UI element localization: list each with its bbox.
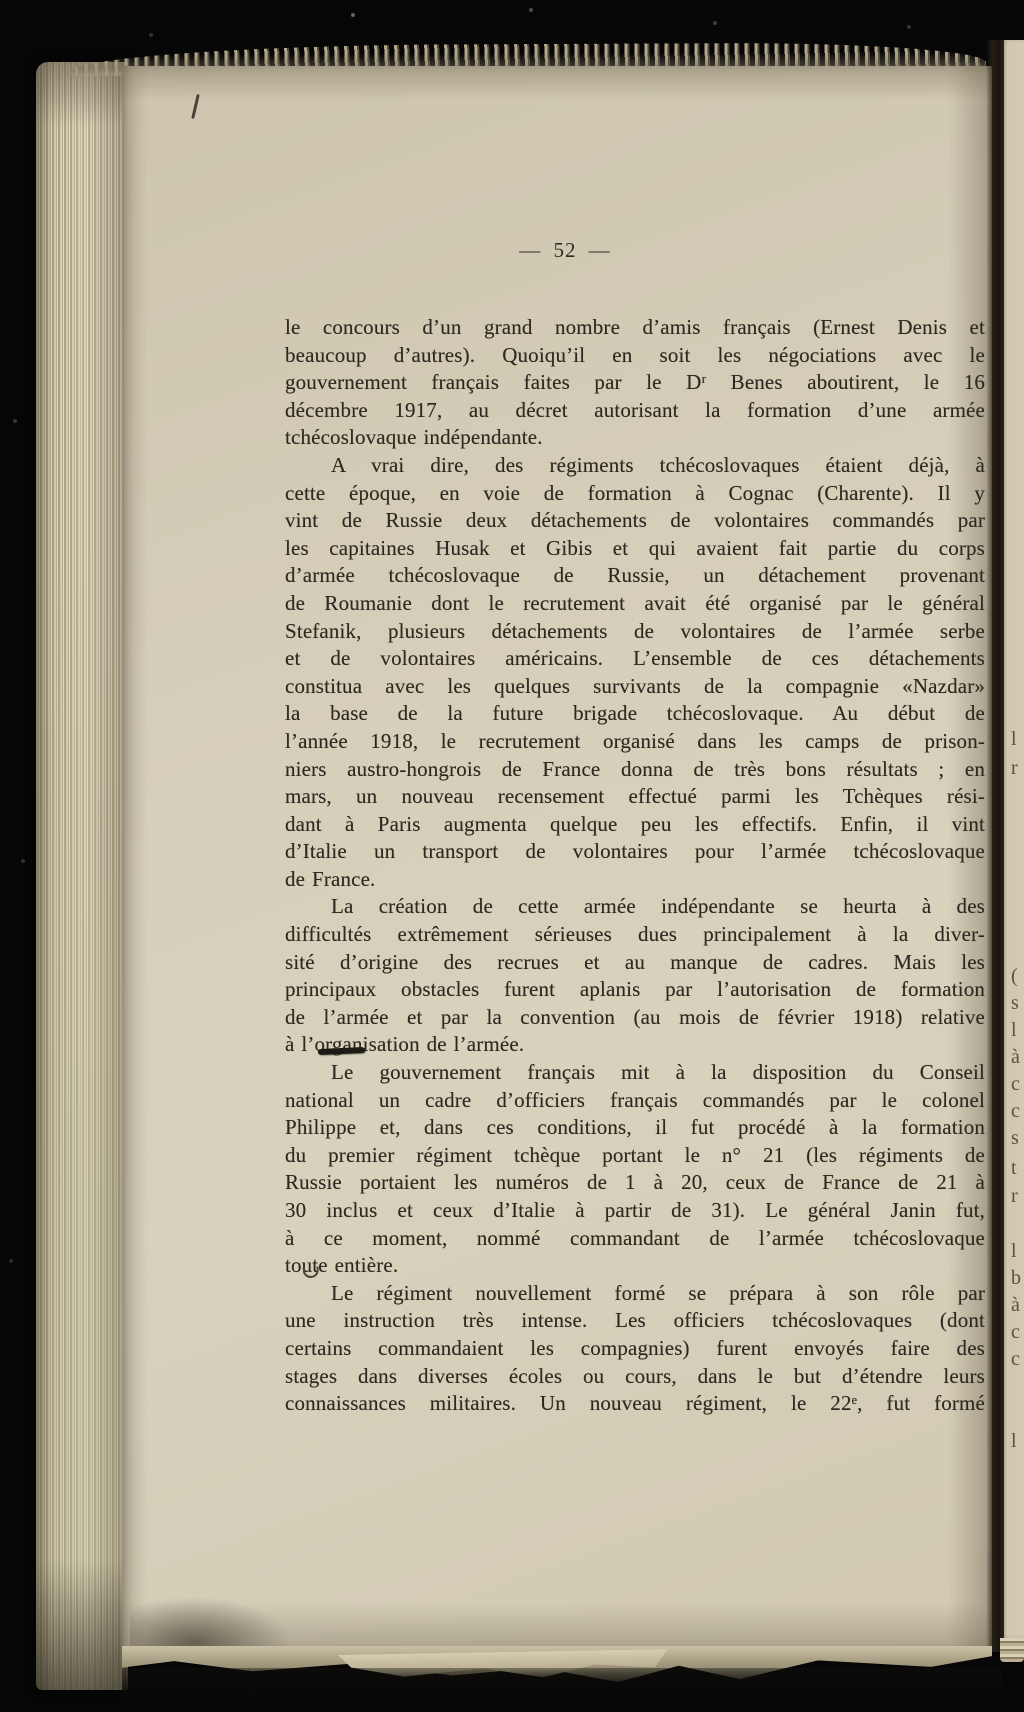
text-line: certains commandaient les compagnies) fu… [285, 1335, 985, 1363]
scanned-book-photo: — 52 — le concours d’un grand nombre d’a… [0, 0, 1024, 1712]
text-line: le concours d’un grand nombre d’amis fra… [285, 314, 985, 342]
text-line: la base de la future brigade tchécoslova… [285, 700, 985, 728]
text-line: vint de Russie deux détachements de volo… [285, 507, 985, 535]
text-line: Philippe et, dans ces conditions, il fut… [285, 1114, 985, 1142]
adjacent-page-text-fragment: l [1011, 1430, 1017, 1453]
text-line: constitua avec les quelques survivants d… [285, 673, 985, 701]
adjacent-page-text-fragment: ( [1011, 965, 1018, 988]
adjacent-page-text-fragment: c [1011, 1321, 1020, 1344]
text-line: principaux obstacles furent aplanis par … [285, 976, 985, 1004]
text-line: les capitaines Husak et Gibis et qui ava… [285, 535, 985, 563]
text-line: décembre 1917, au décret autorisant la f… [285, 397, 985, 425]
adjacent-page-text-fragment: c [1011, 1348, 1020, 1371]
text-line: 30 inclus et ceux d’Italie à partir de 3… [285, 1197, 985, 1225]
adjacent-page-text-fragment: l [1011, 1019, 1017, 1042]
text-line: et de volontaires américains. L’ensemble… [285, 645, 985, 673]
text-line: d’Italie un transport de volontaires pou… [285, 838, 985, 866]
text-line: difficultés extrêmement sérieuses dues p… [285, 921, 985, 949]
text-line: de Roumanie dont le recrutement avait ét… [285, 590, 985, 618]
text-line: du premier régiment tchèque portant le n… [285, 1142, 985, 1170]
adjacent-page-text-fragment: l [1011, 728, 1017, 751]
text-line: La création de cette armée indépendante … [285, 893, 985, 921]
text-line: dant à Paris augmenta quelque peu les ef… [285, 811, 985, 839]
text-line: connaissances militaires. Un nouveau rég… [285, 1390, 985, 1418]
text-line: Stefanik, plusieurs détachements de volo… [285, 618, 985, 646]
adjacent-page-text-fragment: s [1011, 1127, 1019, 1150]
page-gutter-shadow [986, 40, 1004, 1652]
text-line: mars, un nouveau recensement effectué pa… [285, 783, 985, 811]
text-line: sité d’origine des recrues et au manque … [285, 949, 985, 977]
text-line: à l’organisation de l’armée. [285, 1031, 985, 1059]
page-number: — 52 — [465, 238, 665, 263]
text-line: Le régiment nouvellement formé se prépar… [285, 1280, 985, 1308]
text-line: à ce moment, nommé commandant de l’armée… [285, 1225, 985, 1253]
adjacent-page-text-fragment: à [1011, 1046, 1020, 1069]
book-page: — 52 — le concours d’un grand nombre d’a… [122, 66, 992, 1650]
dust-speckles [0, 0, 2, 2]
adjacent-page-text-fragment: s [1011, 992, 1019, 1015]
page-stack-edge [36, 62, 128, 1690]
text-block: le concours d’un grand nombre d’amis fra… [285, 314, 985, 1418]
text-line: Russie portaient les numéros de 1 à 20, … [285, 1169, 985, 1197]
text-line: A vrai dire, des régiments tchécoslovaqu… [285, 452, 985, 480]
text-line: tchécoslovaque indépendante. [285, 424, 985, 452]
adjacent-page-text-fragment: b [1011, 1267, 1021, 1290]
adjacent-page-text-fragment: à [1011, 1294, 1020, 1317]
text-line: une instruction très intense. Les offici… [285, 1307, 985, 1335]
text-line: l’année 1918, le recrutement organisé da… [285, 728, 985, 756]
adjacent-page-text-fragment: t [1011, 1157, 1017, 1180]
text-line: stages dans diverses écoles ou cours, da… [285, 1363, 985, 1391]
adjacent-page-text-fragment: c [1011, 1073, 1020, 1096]
adjacent-page-text-fragment: c [1011, 1100, 1020, 1123]
adjacent-page-sliver: lr(slàccstrlbàccl [1004, 40, 1024, 1638]
bottom-scanner-shadow [122, 1668, 1002, 1712]
text-line: d’armée tchécoslovaque de Russie, un dét… [285, 562, 985, 590]
text-line: de l’armée et par la convention (au mois… [285, 1004, 985, 1032]
text-line: beaucoup d’autres). Quoiqu’il en soit le… [285, 342, 985, 370]
text-line: cette époque, en voie de formation à Cog… [285, 480, 985, 508]
adjacent-page-text-fragment: r [1011, 1185, 1018, 1208]
adjacent-page-text-fragment: r [1011, 757, 1018, 780]
bottom-corner-shadow [130, 1596, 290, 1654]
text-line: toute entière. [285, 1252, 985, 1280]
adjacent-page-bottom-edges [1000, 1638, 1024, 1662]
text-line: national un cadre d’officiers français c… [285, 1087, 985, 1115]
text-line: gouvernement français faites par le Dʳ B… [285, 369, 985, 397]
adjacent-page-text-fragment: l [1011, 1240, 1017, 1263]
text-line: Le gouvernement français mit à la dispos… [285, 1059, 985, 1087]
text-line: de France. [285, 866, 985, 894]
text-line: niers austro-hongrois de France donna de… [285, 756, 985, 784]
